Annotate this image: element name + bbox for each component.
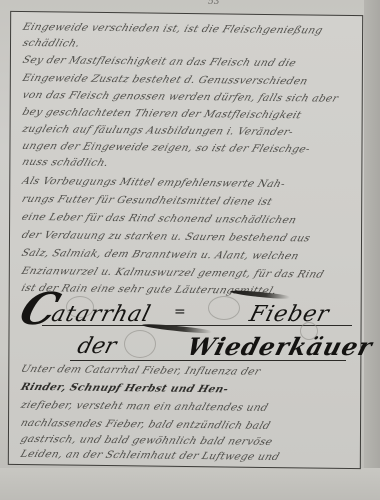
text-line: gastrisch, und bald gewöhnlich bald nerv… (19, 433, 363, 449)
section-heading-line2: der Wiederkäuer (70, 328, 350, 364)
text-line: Eingeweide Zusatz bestehet d. Genussvers… (21, 72, 365, 88)
text-line: Als Vorbeugungs Mittel empfehlenswerte N… (20, 175, 364, 191)
page-number: 53 (208, 0, 219, 7)
text-line: ziefieber, versteht man ein anhaltendes … (19, 399, 363, 415)
section-heading-line1: C atarrhal = Fieber (22, 292, 322, 328)
flourish-ornament (300, 322, 318, 340)
text-line: nachlassendes Fieber, bald entzündlich b… (19, 417, 363, 433)
page-right-edge (364, 0, 380, 500)
text-line: der Verdauung zu starken u. Sauren beste… (20, 229, 364, 245)
text-line: Salz, Salmiak, dem Branntwein u. Alant, … (20, 247, 364, 263)
text-line: von das Fleisch genossen werden dürfen, … (21, 89, 365, 105)
text-line: Unter dem Catarrhal Fieber, Influenza de… (19, 363, 363, 379)
text-line: Enzianwurzel u. Kalmuswurzel gemengt, fü… (20, 265, 364, 281)
flourish-ornament (124, 330, 156, 358)
flourish-ornament (208, 296, 240, 320)
text-line: Sey der Mastfleischigkeit an das Fleisch… (21, 54, 365, 70)
text-line: zugleich auf fäulungs Ausbildungen i. Ve… (21, 123, 365, 139)
text-line: eine Leber für das Rind schonend unschäd… (20, 211, 364, 227)
heading-word: der (75, 334, 119, 359)
heading-underline (70, 360, 346, 361)
text-line: schädlich. (21, 37, 365, 53)
text-line: rungs Futter für Gesundheitsmittel diene… (20, 193, 364, 209)
heading-dash: = (174, 304, 186, 320)
page-bottom-edge (0, 468, 380, 500)
page-frame: Eingeweide verschieden ist, ist die Flei… (8, 11, 363, 469)
heading-word: Wiederkäuer (184, 332, 376, 361)
heading-word: Fieber (247, 302, 333, 327)
text-line: Rinder, Schnupf Herbst und Hen- (19, 381, 363, 397)
text-line: bey geschlachteten Thieren der Mastfleis… (21, 106, 365, 122)
text-line: Leiden, an der Schleimhaut der Luftwege … (19, 448, 363, 464)
manuscript-page: 53 Eingeweide verschieden ist, ist die F… (0, 0, 380, 500)
heading-word: atarrhal (49, 302, 154, 327)
text-line: ungen der Eingeweide zeigen, so ist der … (21, 140, 365, 156)
text-line: nuss schädlich. (21, 156, 365, 172)
text-line: Eingeweide verschieden ist, ist die Flei… (21, 21, 365, 37)
